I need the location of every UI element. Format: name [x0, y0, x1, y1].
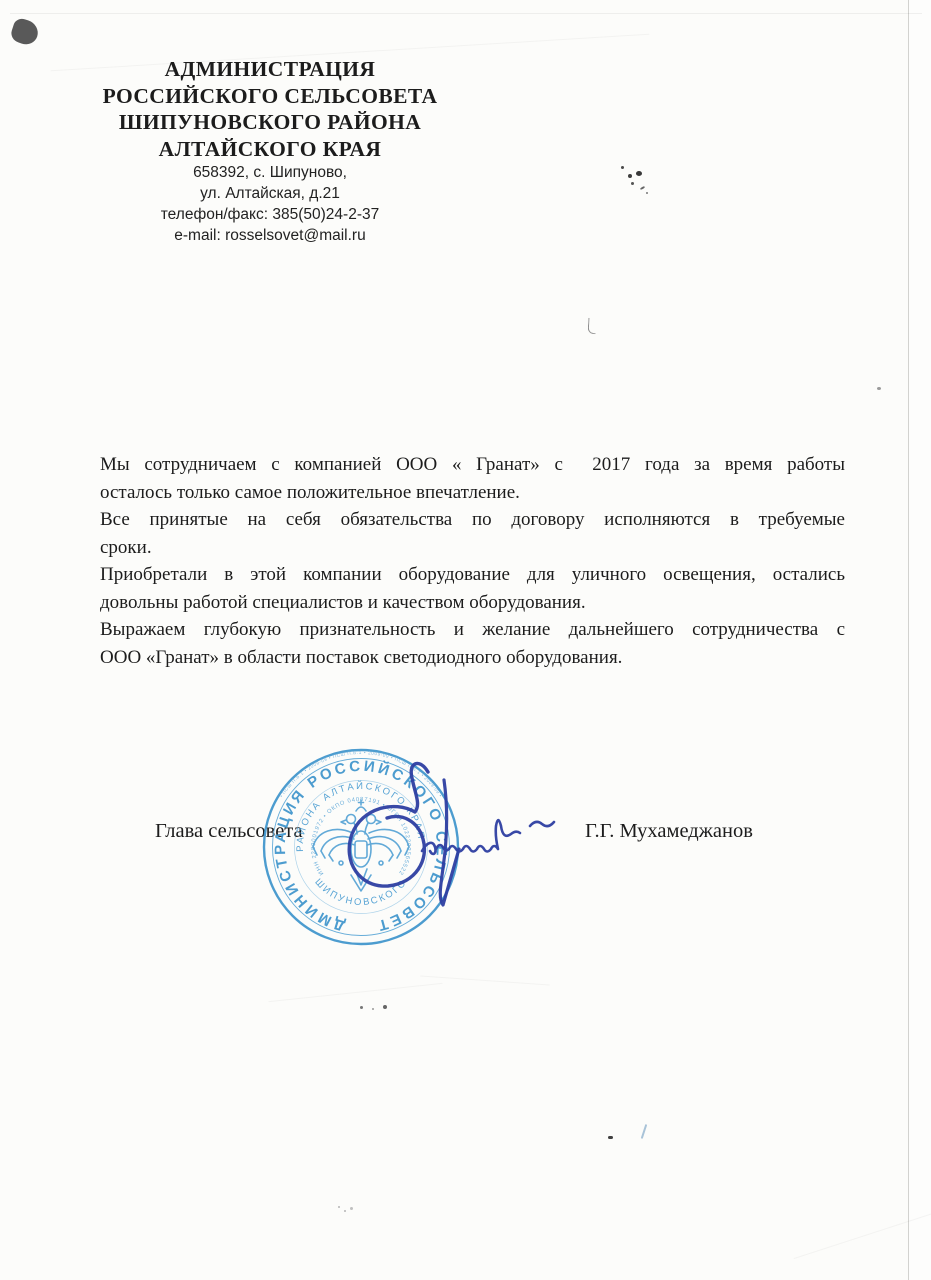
- org-name-line: АДМИНИСТРАЦИЯ: [96, 56, 444, 83]
- ink-speck: [636, 171, 642, 176]
- org-address-line: ул. Алтайская, д.21: [96, 183, 444, 204]
- body-line: Приобретали в этой компании оборудование…: [100, 561, 845, 589]
- blue-ink-fleck: [641, 1124, 648, 1139]
- ink-speck: [344, 1210, 346, 1212]
- body-line: ООО «Гранат» в области поставок светодио…: [100, 644, 845, 672]
- ink-speck: [608, 1136, 613, 1139]
- letterhead: АДМИНИСТРАЦИЯ РОССИЙСКОГО СЕЛЬСОВЕТА ШИП…: [96, 56, 444, 246]
- ink-speck: [646, 192, 648, 194]
- handwritten-signature: [330, 752, 580, 917]
- ink-speck: [383, 1005, 387, 1009]
- org-name-line: АЛТАЙСКОГО КРАЯ: [96, 136, 444, 163]
- org-address-line: 658392, с. Шипуново,: [96, 162, 444, 183]
- ink-speck: [877, 387, 881, 390]
- letter-body: Мы сотрудничаем с компанией ООО « Гранат…: [100, 451, 845, 671]
- ink-speck: [628, 174, 632, 178]
- body-line: сроки.: [100, 534, 845, 562]
- scan-right-strip: [909, 0, 931, 1280]
- ink-speck: [621, 166, 624, 169]
- ink-speck: [372, 1008, 374, 1010]
- ink-speck: [640, 186, 645, 190]
- org-name-line: РОССИЙСКОГО СЕЛЬСОВЕТА: [96, 83, 444, 110]
- body-line: Выражаем глубокую признательность и жела…: [100, 616, 845, 644]
- body-line: Мы сотрудничаем с компанией ООО « Гранат…: [100, 451, 845, 479]
- paper-crease: [268, 983, 442, 1002]
- ink-speck: [631, 182, 634, 185]
- scan-top-edge: [10, 13, 922, 14]
- scan-corner-smudge: [9, 17, 41, 48]
- org-name-line: ШИПУНОВСКОГО РАЙОНА: [96, 109, 444, 136]
- ink-speck: [338, 1206, 340, 1208]
- body-line: довольны работой специалистов и качество…: [100, 589, 845, 617]
- stray-pen-mark: [588, 318, 597, 334]
- body-line: осталось только самое положительное впеч…: [100, 479, 845, 507]
- ink-speck: [360, 1006, 363, 1009]
- body-line: Все принятые на себя обязательства по до…: [100, 506, 845, 534]
- signer-name: Г.Г. Мухамеджанов: [585, 820, 753, 843]
- org-phone-line: телефон/факс: 385(50)24-2-37: [96, 204, 444, 225]
- org-email-line: e-mail: rosselsovet@mail.ru: [96, 225, 444, 246]
- scanned-letter-page: АДМИНИСТРАЦИЯ РОССИЙСКОГО СЕЛЬСОВЕТА ШИП…: [0, 0, 931, 1280]
- scan-right-edge: [908, 0, 909, 1280]
- ink-speck: [350, 1207, 353, 1210]
